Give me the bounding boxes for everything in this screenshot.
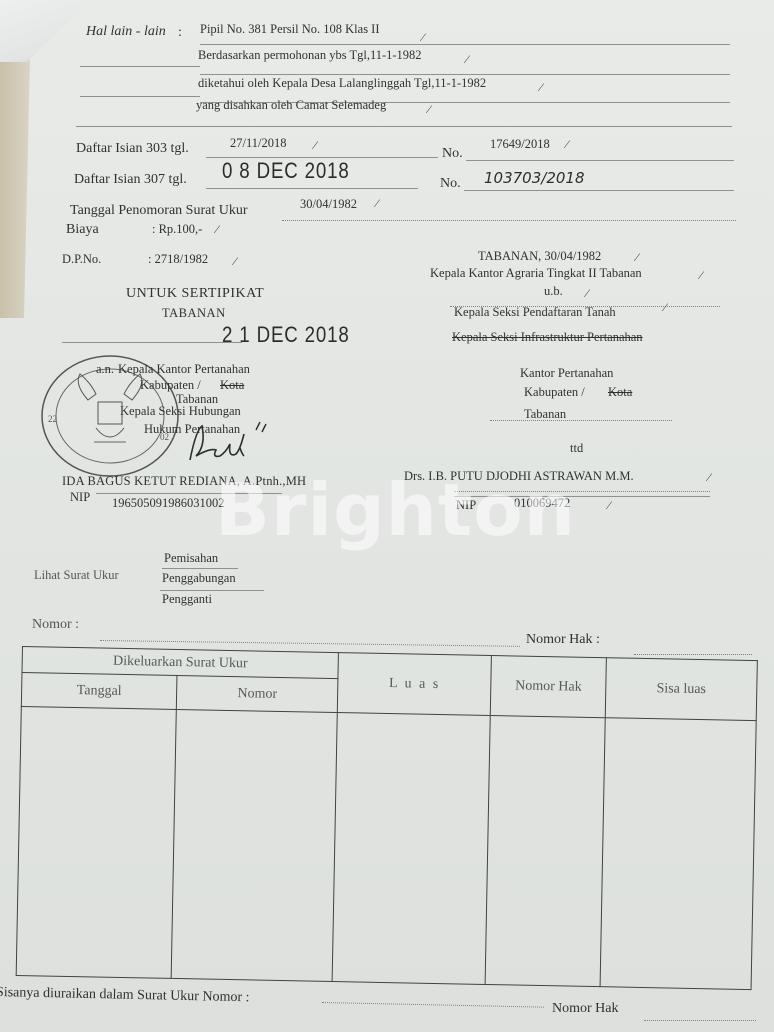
check-mark-icon: ⁄: [540, 80, 542, 95]
daftar-isian-303-no-label: No.: [442, 146, 463, 162]
right-seksi-2-struck: Kepala Seksi Infrastruktur Pertanahan: [452, 330, 643, 345]
daftar-isian-303-label: Daftar Isian 303 tgl.: [76, 141, 189, 157]
right-head-title: Kepala Kantor Agraria Tingkat II Tabanan: [430, 266, 642, 281]
dotted-rule: [634, 654, 752, 655]
left-date-stamp: 2 1 DEC 2018: [222, 322, 350, 348]
rule: [200, 74, 730, 75]
dotted-rule: [644, 1020, 756, 1021]
header-nomor-hak: Nomor Hak: [491, 656, 607, 718]
cell-nomor-hak: [485, 716, 605, 987]
cell-nomor: [171, 709, 337, 981]
dp-no-label: D.P.No.: [62, 252, 101, 267]
option-pengganti: Pengganti: [162, 592, 212, 607]
rule: [62, 342, 242, 343]
rule: [80, 96, 200, 97]
left-office-line-4: Kepala Seksi Hubungan: [120, 404, 241, 419]
check-mark-icon: ⁄: [422, 30, 424, 45]
option-pemisahan: Pemisahan: [164, 551, 218, 566]
hal-lain-line-4: yang disahkan oleh Camat Selemadeg: [196, 98, 386, 113]
untuk-sertipikat: UNTUK SERTIPIKAT: [126, 286, 264, 302]
left-city: TABANAN: [162, 306, 226, 321]
check-mark-icon: ⁄: [314, 138, 316, 153]
rule: [206, 188, 418, 189]
biaya-label: Biaya: [66, 222, 99, 238]
header-nomor: Nomor: [176, 675, 338, 712]
left-office-line-2b: Kota: [220, 378, 244, 393]
right-ttd: ttd: [570, 441, 583, 456]
tanggal-penomoran-label: Tanggal Penomoran Surat Ukur: [70, 203, 247, 219]
dotted-rule: [282, 220, 736, 221]
daftar-isian-303-date: 27/11/2018: [230, 136, 286, 151]
daftar-isian-307-no-handwritten: 103703/2018: [484, 169, 585, 187]
left-nip: 196505091986031002: [112, 496, 225, 511]
table-row: [16, 706, 756, 989]
left-office-line-2a: Kabupaten /: [140, 378, 201, 393]
rule: [76, 126, 732, 127]
rule: [80, 66, 200, 67]
signature-icon: [180, 420, 270, 470]
hal-lain-line-3: diketahui oleh Kepala Desa Lalanglinggah…: [198, 76, 486, 91]
cell-sisa-luas: [600, 718, 756, 990]
check-mark-icon: ⁄: [566, 137, 568, 152]
right-office-line-2b: Kota: [608, 385, 632, 400]
check-mark-icon: ⁄: [608, 498, 610, 513]
dp-no-value: : 2718/1982: [148, 252, 208, 267]
hal-lain-line-2: Berdasarkan permohonan ybs Tgl,11-1-1982: [198, 48, 422, 63]
right-ub: u.b.: [544, 284, 563, 299]
tanggal-penomoran-value: 30/04/1982: [300, 197, 357, 212]
header-tanggal: Tanggal: [21, 673, 177, 710]
nomor-hak-label: Nomor Hak :: [526, 632, 600, 648]
rule: [162, 568, 238, 569]
header-sisa-luas: Sisa luas: [605, 658, 757, 721]
hal-lain-colon: :: [178, 25, 182, 41]
left-nip-label: NIP: [70, 490, 90, 505]
lihat-surat-ukur-label: Lihat Surat Ukur: [34, 568, 119, 583]
footer-nomor-hak-label: Nomor Hak: [552, 1001, 619, 1017]
watermark: Brighton: [215, 468, 576, 552]
cell-luas: [332, 713, 490, 985]
daftar-isian-307-date-stamp: 0 8 DEC 2018: [222, 158, 350, 184]
daftar-isian-307-no-label: No.: [440, 176, 461, 192]
right-place-date: TABANAN, 30/04/1982: [478, 249, 601, 264]
rule: [466, 160, 734, 161]
biaya-value: : Rp.100,-: [152, 222, 202, 237]
cell-tanggal: [16, 706, 176, 978]
right-office-line-1: Kantor Pertanahan: [520, 366, 613, 381]
check-mark-icon: ⁄: [234, 254, 236, 269]
hal-lain-label: Hal lain - lain: [86, 24, 166, 40]
header-luas: L u a s: [338, 653, 492, 716]
check-mark-icon: ⁄: [466, 52, 468, 67]
check-mark-icon: ⁄: [664, 300, 666, 315]
left-office-prefix: a.n.: [96, 362, 114, 377]
daftar-isian-303-no: 17649/2018: [490, 137, 550, 152]
rule: [160, 590, 264, 591]
right-seksi-1: Kepala Seksi Pendaftaran Tanah: [454, 305, 616, 320]
right-office-line-3: Tabanan: [524, 407, 566, 422]
check-mark-icon: ⁄: [586, 286, 588, 301]
left-office-line-1: Kepala Kantor Pertanahan: [118, 362, 250, 377]
surat-ukur-table: Dikeluarkan Surat Ukur L u a s Nomor Hak…: [16, 646, 758, 990]
check-mark-icon: ⁄: [216, 222, 218, 237]
nomor-label: Nomor :: [32, 617, 79, 633]
check-mark-icon: ⁄: [700, 268, 702, 283]
daftar-isian-307-label: Daftar Isian 307 tgl.: [74, 172, 187, 188]
hal-lain-line-1: Pipil No. 381 Persil No. 108 Klas II: [200, 22, 380, 37]
check-mark-icon: ⁄: [428, 102, 430, 117]
check-mark-icon: ⁄: [636, 250, 638, 265]
option-penggabungan: Penggabungan: [162, 571, 236, 586]
rule: [464, 190, 734, 191]
svg-text:22: 22: [48, 414, 57, 424]
check-mark-icon: ⁄: [708, 470, 710, 485]
rule: [200, 44, 730, 45]
dotted-rule: [490, 420, 672, 421]
check-mark-icon: ⁄: [376, 196, 378, 211]
right-office-line-2a: Kabupaten /: [524, 385, 585, 400]
